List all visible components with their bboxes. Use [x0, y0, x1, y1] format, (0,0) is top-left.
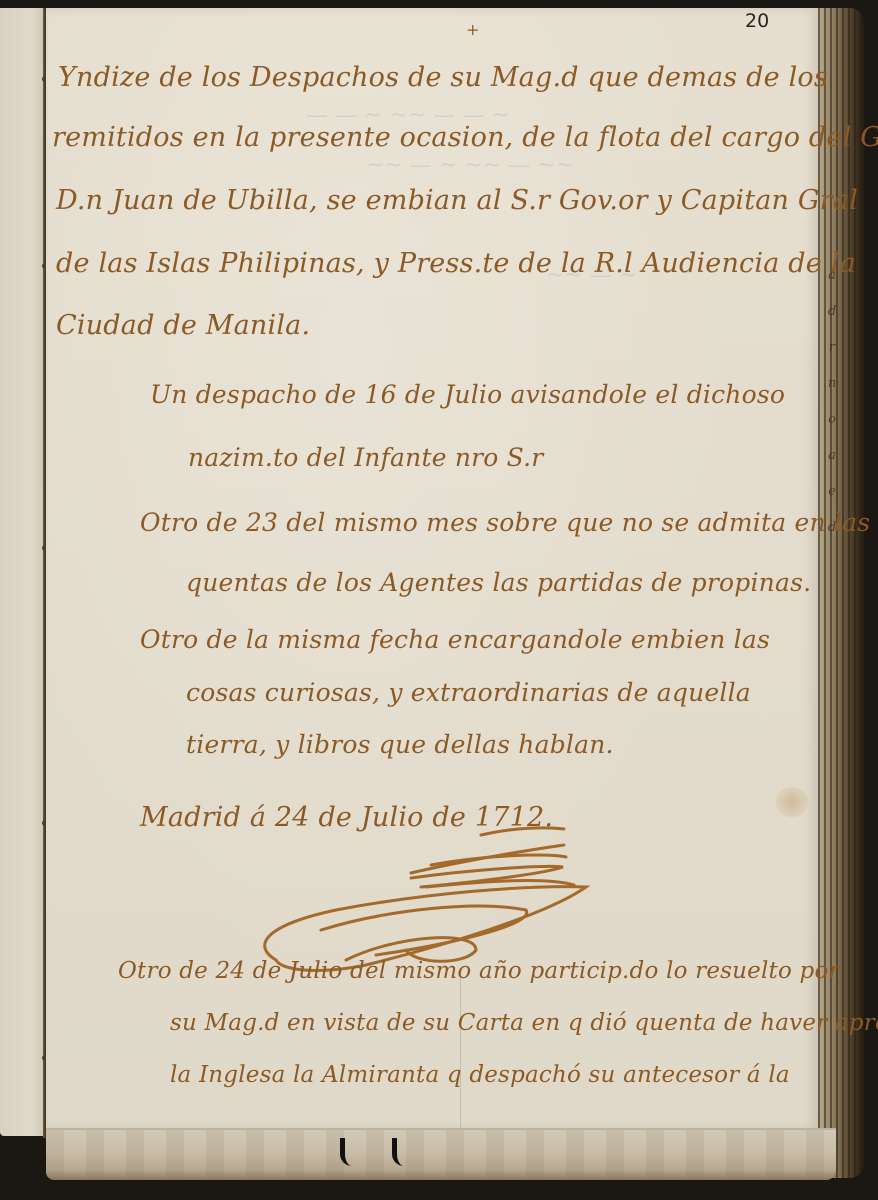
heading-line-1: Yndize de los Despachos de su Mag.d que …: [58, 62, 828, 93]
heading-line-4: de las Islas Philipinas, y Press.te de l…: [56, 248, 856, 279]
entry-1-line-2: nazim.to del Infante nro S.r: [188, 443, 543, 472]
folio-number: 20: [745, 10, 769, 32]
page-fold-line: [460, 968, 461, 1138]
heading-line-3: D.n Juan de Ubilla, se embian al S.r Gov…: [56, 185, 858, 216]
entry-2-line-2: quentas de los Agentes las partidas de p…: [186, 568, 811, 597]
bottom-edge-mark: [392, 1138, 406, 1166]
entry-2-line-1: Otro de 23 del mismo mes sobre que no se…: [140, 508, 870, 537]
entry-3-line-3: tierra, y libros que dellas hablan.: [186, 730, 614, 759]
fore-edge-marks: á d r n o a e d: [820, 258, 844, 546]
book-fore-edge: á d r n o a e d: [818, 8, 864, 1178]
header-cross-mark: +: [466, 20, 479, 39]
signature-rubric: [246, 815, 596, 975]
postscript-line-3: la Inglesa la Almiranta q despachó su an…: [170, 1062, 790, 1088]
entry-3-line-1: Otro de la misma fecha encargandole embi…: [140, 625, 770, 654]
bleed-through-text: ~~ — ~ ~~ — ~~: [366, 153, 574, 178]
bottom-edge-mark: [340, 1138, 354, 1166]
page-bottom-edges: [46, 1128, 836, 1180]
manuscript-scene: á d r n o a e d — — ~ ~~ — — ~ ~~ — ~ ~~…: [0, 0, 878, 1200]
ink-stain: [775, 787, 809, 817]
heading-line-5: Ciudad de Manila.: [56, 310, 310, 341]
entry-1-line-1: Un despacho de 16 de Julio avisandole el…: [150, 380, 785, 409]
heading-line-2: remitidos en la presente ocasion, de la …: [52, 122, 878, 153]
postscript-line-1: Otro de 24 de Julio del mismo año partic…: [118, 958, 840, 984]
postscript-line-2: su Mag.d en vista de su Carta en q dió q…: [170, 1010, 878, 1036]
entry-3-line-2: cosas curiosas, y extraordinarias de aqu…: [186, 678, 751, 707]
facing-page-edge: [0, 8, 44, 1136]
